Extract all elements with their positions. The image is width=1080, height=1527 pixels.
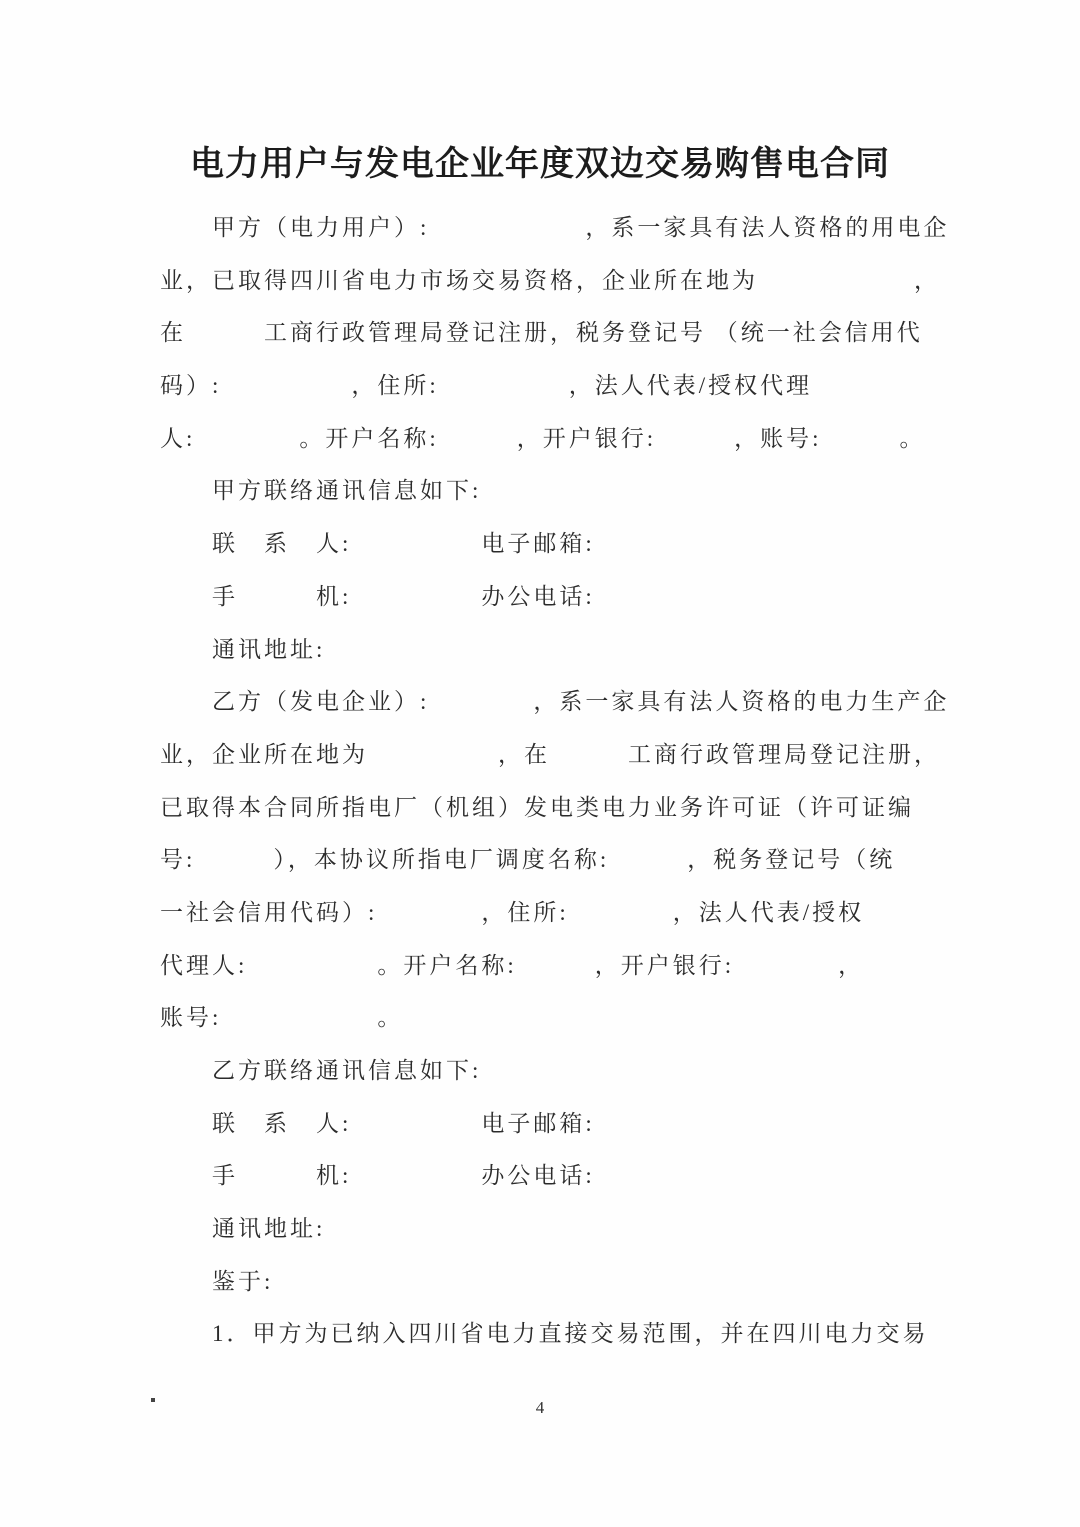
contract-line: 联 系 人: 电子邮箱: bbox=[160, 518, 950, 571]
contract-line: 1．甲方为已纳入四川省电力直接交易范围，并在四川电力交易 bbox=[160, 1308, 950, 1361]
contract-line: 人: 。开户名称: ，开户银行: ，账号: 。 bbox=[160, 413, 950, 466]
contract-line: 手 机: 办公电话: bbox=[160, 1150, 950, 1203]
page-number: 4 bbox=[0, 1398, 1080, 1418]
contract-line: 乙方联络通讯信息如下: bbox=[160, 1045, 950, 1098]
contract-line: 账号: 。 bbox=[160, 992, 950, 1045]
contract-line: 联 系 人: 电子邮箱: bbox=[160, 1098, 950, 1151]
contract-line: 甲方（电力用户）: ，系一家具有法人资格的用电企 bbox=[160, 202, 950, 255]
contract-line: 业，企业所在地为 ，在 工商行政管理局登记注册， bbox=[160, 729, 950, 782]
document-title: 电力用户与发电企业年度双边交易购售电合同 bbox=[0, 136, 1080, 185]
contract-line: 通讯地址: bbox=[160, 624, 950, 677]
contract-line: 码）: ，住所: ，法人代表/授权代理 bbox=[160, 360, 950, 413]
contract-line: 在 工商行政管理局登记注册，税务登记号 （统一社会信用代 bbox=[160, 307, 950, 360]
contract-line: 甲方联络通讯信息如下: bbox=[160, 465, 950, 518]
contract-line: 代理人: 。开户名称: ，开户银行: ， bbox=[160, 940, 950, 993]
contract-body: 甲方（电力用户）: ，系一家具有法人资格的用电企 业，已取得四川省电力市场交易资… bbox=[160, 202, 950, 1361]
contract-line: 通讯地址: bbox=[160, 1203, 950, 1256]
contract-page: 电力用户与发电企业年度双边交易购售电合同 甲方（电力用户）: ，系一家具有法人资… bbox=[0, 0, 1080, 1527]
contract-line: 乙方（发电企业）: ，系一家具有法人资格的电力生产企 bbox=[160, 676, 950, 729]
contract-line: 号: ），本协议所指电厂调度名称: ，税务登记号（统 bbox=[160, 834, 950, 887]
contract-line: 鉴于: bbox=[160, 1256, 950, 1309]
contract-line: 已取得本合同所指电厂（机组）发电类电力业务许可证（许可证编 bbox=[160, 782, 950, 835]
contract-line: 业，已取得四川省电力市场交易资格，企业所在地为 ， bbox=[160, 255, 950, 308]
contract-line: 一社会信用代码）: ，住所: ，法人代表/授权 bbox=[160, 887, 950, 940]
contract-line: 手 机: 办公电话: bbox=[160, 571, 950, 624]
